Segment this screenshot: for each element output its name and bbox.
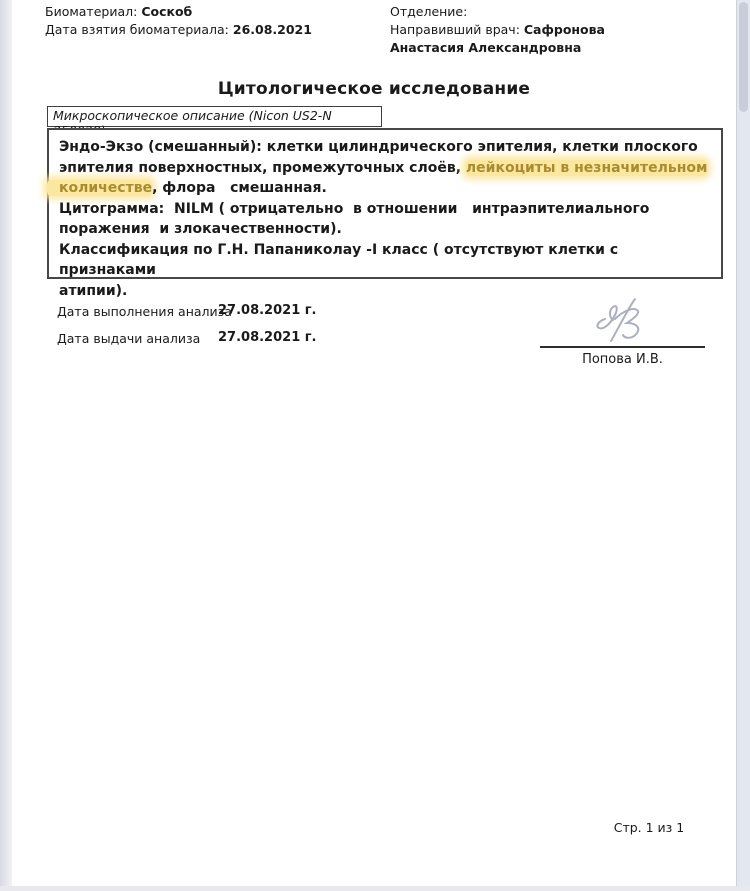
highlighted-text: лейкоциты в незначительном <box>466 160 708 176</box>
collection-date-row: Дата взятия биоматериала: 26.08.2021 <box>45 21 312 39</box>
report-line: Эндо-Экзо (смешанный): клетки цилиндриче… <box>59 137 713 158</box>
header-left-column: Биоматериал: Соскоб Дата взятия биоматер… <box>45 3 312 39</box>
microscopy-description-box: Микроскопическое описание (Nicon US2-N 2… <box>47 106 382 127</box>
signature-name: Попова И.В. <box>540 352 705 367</box>
collection-date-label: Дата взятия биоматериала: <box>45 22 233 37</box>
page-indicator: Стр. 1 из 1 <box>573 820 725 835</box>
report-text: атипии). <box>59 283 127 299</box>
report-page: Биоматериал: Соскоб Дата взятия биоматер… <box>13 0 735 886</box>
report-text: Цитограмма: NILM ( отрицательно в отноше… <box>59 201 649 217</box>
department-label: Отделение: <box>390 4 467 19</box>
biomaterial-row: Биоматериал: Соскоб <box>45 3 312 21</box>
report-line: поражения и злокачественности). <box>59 219 713 240</box>
biomaterial-label: Биоматериал: <box>45 4 141 19</box>
department-row: Отделение: <box>390 3 680 21</box>
report-text: , флора смешанная. <box>152 180 327 196</box>
biomaterial-value: Соскоб <box>141 4 192 19</box>
report-text: Эндо-Экзо (смешанный): клетки цилиндриче… <box>59 139 698 155</box>
scrollbar-thumb[interactable] <box>739 2 748 112</box>
report-line: количестве, флора смешанная. <box>59 178 713 199</box>
viewer-bottom-edge <box>0 886 750 891</box>
collection-date-value: 26.08.2021 <box>233 22 312 37</box>
report-text: Классификация по Г.Н. Папаниколау -I кла… <box>59 242 623 279</box>
scrollbar-track[interactable] <box>736 0 750 891</box>
report-text: поражения и злокачественности). <box>59 221 342 237</box>
issued-date-value: 27.08.2021 г. <box>218 330 317 345</box>
document-viewer: Биоматериал: Соскоб Дата взятия биоматер… <box>0 0 750 891</box>
performed-date-label: Дата выполнения анализа <box>57 304 232 319</box>
report-text: эпителия поверхностных, промежуточных сл… <box>59 160 466 176</box>
referring-doctor-label: Направивший врач: <box>390 22 524 37</box>
referring-doctor-row: Направивший врач: Сафронова Анастасия Ал… <box>390 21 680 57</box>
report-line: Классификация по Г.Н. Папаниколау -I кла… <box>59 240 713 281</box>
report-line: Цитограмма: NILM ( отрицательно в отноше… <box>59 199 713 220</box>
performed-date-value: 27.08.2021 г. <box>218 303 317 318</box>
header-right-column: Отделение: Направивший врач: Сафронова А… <box>390 3 680 57</box>
report-line: эпителия поверхностных, промежуточных сл… <box>59 158 713 179</box>
highlighted-text: количестве <box>47 180 152 196</box>
issued-date-label: Дата выдачи анализа <box>57 331 200 346</box>
viewer-left-edge <box>0 0 12 891</box>
report-body-box: Эндо-Экзо (смешанный): клетки цилиндриче… <box>47 128 723 279</box>
signature-scribble <box>591 293 663 349</box>
page-title: Цитологическое исследование <box>13 79 735 99</box>
signature-line <box>540 346 705 348</box>
